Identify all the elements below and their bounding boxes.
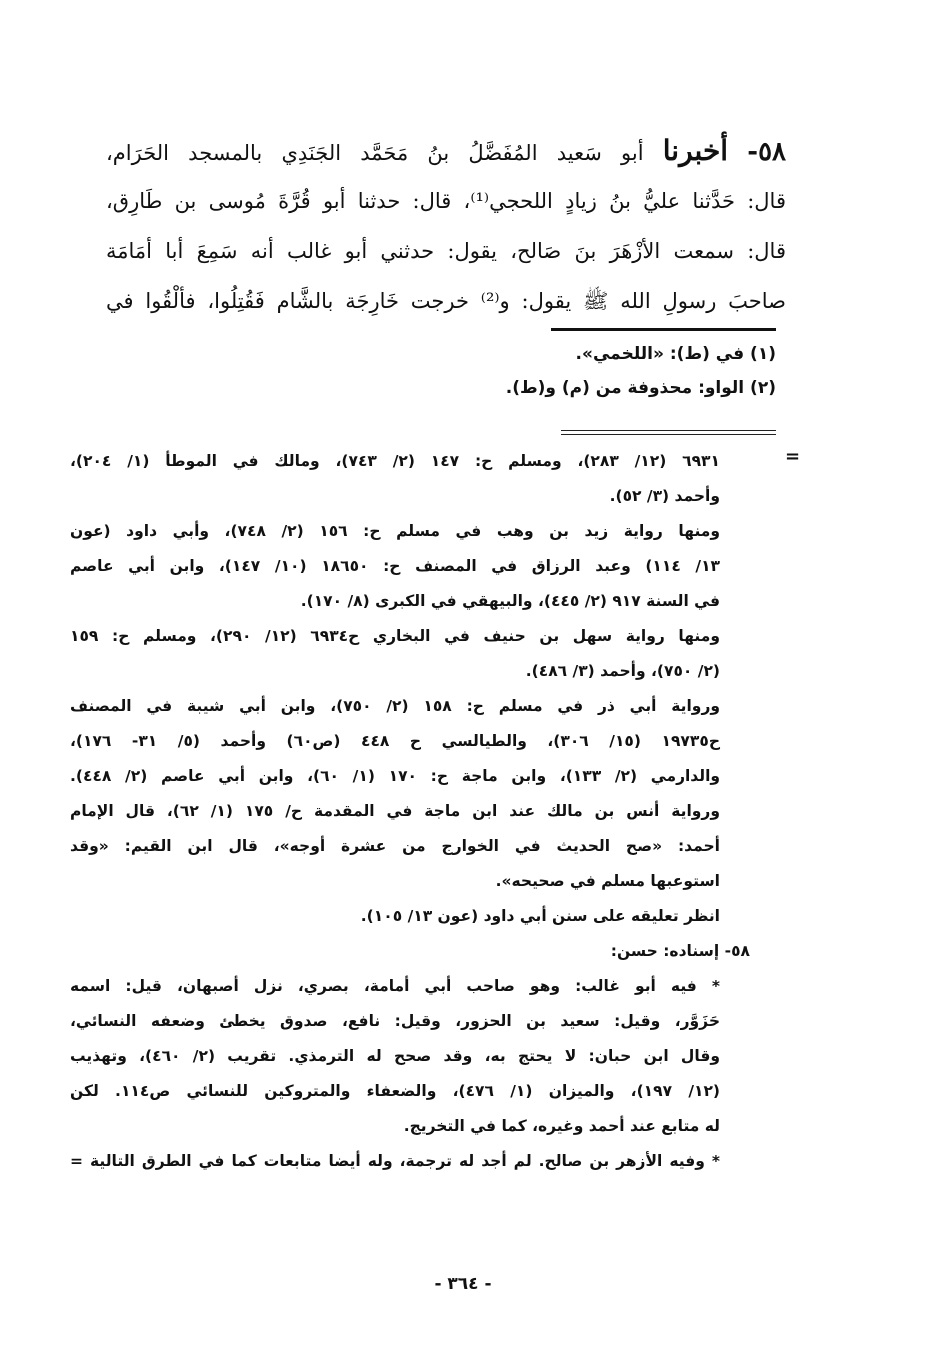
- note-line: (١٢/ ١٩٧)، والميزان (١/ ٤٧٦)، والضعفاء و…: [70, 1074, 720, 1109]
- continuation-mark: =: [785, 446, 800, 467]
- note-line: ومنها رواية سهل بن حنيف في البخاري ح٦٩٣٤…: [70, 619, 720, 654]
- footnote-1: (١) في (ط): «اللخمي».: [376, 338, 776, 370]
- note-line: ومنها رواية زيد بن وهب في مسلم ح: ١٥٦ (٢…: [70, 514, 720, 549]
- note-line: * فيه أبو غالب: وهو صاحب أبي أمامة، بصري…: [70, 969, 720, 1004]
- note-line: * وفيه الأزهر بن صالح. لم أجد له ترجمة، …: [70, 1144, 720, 1179]
- isnad-heading: ٥٨- إسناده: حسن:: [70, 934, 750, 969]
- note-line: وأحمد (٣/ ٥٢).: [70, 479, 720, 514]
- hadith-opening-word: أخبرنا: [663, 134, 728, 167]
- note-line: ورواية أبي ذر في مسلم ح: ١٥٨ (٢/ ٧٥٠)، و…: [70, 689, 720, 724]
- hadith-line-1: ٥٨- أخبرنا أبو سَعيد المُفَضَّلُ بنُ مَح…: [106, 126, 786, 176]
- note-line: ١٣/ ١١٤) وعبد الرزاق في المصنف ح: ١٨٦٥٠ …: [70, 549, 720, 584]
- hadith-text: ٥٨- أخبرنا أبو سَعيد المُفَضَّلُ بنُ مَح…: [106, 126, 786, 326]
- notes-separator-bottom: [561, 434, 776, 435]
- note-line: ح١٩٧٣٥ (١٥/ ٣٠٦)، والطيالسي ح ٤٤٨ (ص٦٠) …: [70, 724, 720, 759]
- note-line: له متابع عند أحمد وغيره، كما في التخريج.: [70, 1109, 720, 1144]
- note-line: انظر تعليقه على سنن أبي داود (عون ١٣/ ١٠…: [70, 899, 720, 934]
- note-line: في السنة ٩١٧ (٢/ ٤٤٥)، والبيهقي في الكبر…: [70, 584, 720, 619]
- hadith-line-3: قال: سمعت الأزْهَرَ بنَ صَالح، يقول: حدث…: [106, 226, 786, 276]
- notes-separator-top: [561, 430, 776, 431]
- note-line: أحمد: «صح الحديث في الخوارج من عشرة أوجه…: [70, 829, 720, 864]
- note-line: وقال ابن حبان: لا يحتج به، وقد صحح له ال…: [70, 1039, 720, 1074]
- hadith-line-2: قال: حَدَّثنا عليُّ بنُ زيادٍ اللحجي⁽¹⁾،…: [106, 176, 786, 226]
- book-page: ٥٨- أخبرنا أبو سَعيد المُفَضَّلُ بنُ مَح…: [0, 0, 926, 1352]
- footnote-2: (٢) الواو: محذوفة من (م) و(ط).: [376, 372, 776, 404]
- hadith-line-text: أبو سَعيد المُفَضَّلُ بنُ مَحَمَّد الجَن…: [106, 141, 644, 165]
- note-line: (٢/ ٧٥٠)، وأحمد (٣/ ٤٨٦).: [70, 654, 720, 689]
- hadith-number: ٥٨-: [747, 137, 786, 167]
- note-line: استوعبها مسلم في صحيحه».: [70, 864, 720, 899]
- note-line: ورواية أنس بن مالك عند ابن ماجة في المقد…: [70, 794, 720, 829]
- note-line: ٦٩٣١ (١٢/ ٢٨٣)، ومسلم ح: ١٤٧ (٢/ ٧٤٣)، و…: [70, 444, 720, 479]
- page-number: - ٣٦٤ -: [0, 1274, 926, 1294]
- footnote-separator: [551, 328, 776, 331]
- note-line: والدارمي (٢/ ١٣٣)، وابن ماجة ح: ١٧٠ (١/ …: [70, 759, 720, 794]
- note-line: حَزَوَّر، وقيل: سعيد بن الحزور، وقيل: نا…: [70, 1004, 720, 1039]
- hadith-line-4: صاحبَ رسولِ الله ﷺ يقول: و⁽²⁾ خرجت خَارِ…: [106, 276, 786, 326]
- commentary-notes: ٦٩٣١ (١٢/ ٢٨٣)، ومسلم ح: ١٤٧ (٢/ ٧٤٣)، و…: [70, 444, 720, 1179]
